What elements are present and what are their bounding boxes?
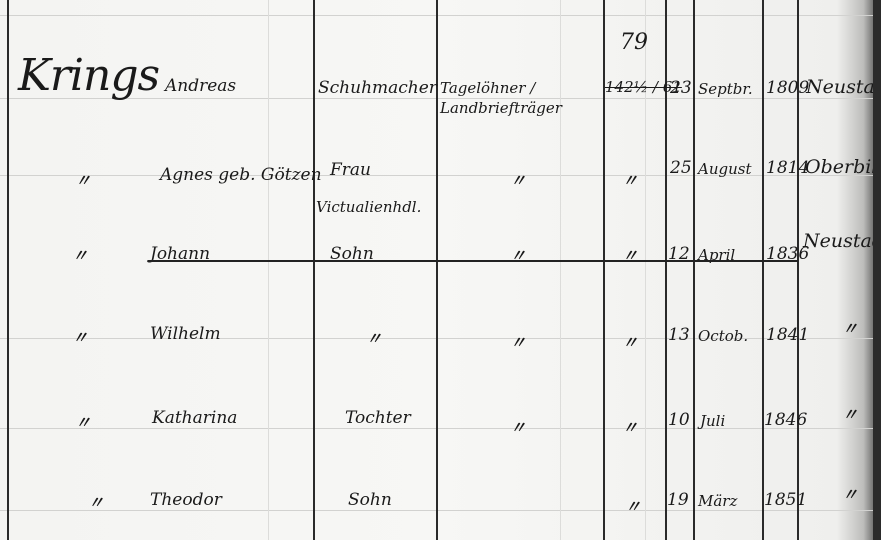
given-name: Theodor (150, 490, 222, 510)
birth-year: 1809 (766, 78, 809, 98)
ditto-mark: 〃 (842, 482, 858, 505)
ditto-mark: 〃 (510, 168, 526, 191)
birth-day: 10 (668, 410, 690, 430)
ditto-mark: 〃 (88, 490, 104, 513)
given-name: Katharina (152, 408, 237, 428)
strike-through-line (148, 260, 798, 262)
ruled-line (0, 510, 881, 511)
guide-line (268, 0, 269, 540)
ditto-mark: 〃 (72, 243, 88, 266)
birth-day: 23 (670, 78, 692, 98)
ruled-line (0, 338, 881, 339)
birth-year: 1851 (764, 490, 807, 510)
ditto-mark: 〃 (842, 316, 858, 339)
given-name: Agnes geb. Götzen (160, 165, 322, 185)
birth-day: 19 (667, 490, 689, 510)
birthplace: Neustadt (806, 76, 881, 98)
birth-month: März (698, 492, 737, 510)
ditto-mark: 〃 (510, 243, 526, 266)
ditto-mark: 〃 (72, 325, 88, 348)
occupation-note: Tagelöhner / Landbriefträger (440, 78, 605, 118)
house-number: 79 (620, 30, 648, 55)
relation-note: Victualienhdl. (316, 198, 421, 216)
ditto-mark: 〃 (366, 326, 382, 349)
ditto-mark: 〃 (75, 168, 91, 191)
column-rule (762, 0, 764, 540)
ditto-mark: 〃 (842, 402, 858, 425)
relation: Frau (330, 160, 371, 180)
given-name: Wilhelm (150, 324, 221, 344)
ruled-line (0, 15, 881, 16)
ditto-mark: 〃 (625, 494, 641, 517)
relation: Schuhmacher (318, 78, 437, 98)
ditto-mark: 〃 (622, 415, 638, 438)
birth-month: Septbr. (698, 80, 753, 98)
birth-day: 25 (670, 158, 692, 178)
ditto-mark: 〃 (622, 330, 638, 353)
birth-year: 1814 (766, 158, 809, 178)
register-page: Krings Andreas Schuhmacher Tagelöhner / … (0, 0, 881, 540)
ruled-line (0, 428, 881, 429)
family-surname: Krings (18, 50, 159, 101)
birth-year: 1841 (766, 325, 809, 345)
page-edge-shadow (873, 0, 881, 540)
column-rule (313, 0, 315, 540)
birth-month: Juli (700, 412, 725, 430)
birth-month: August (698, 160, 751, 178)
ditto-mark: 〃 (622, 168, 638, 191)
relation: Tochter (345, 408, 411, 428)
given-name: Andreas (165, 76, 236, 96)
birth-month: Octob. (698, 327, 748, 345)
column-rule (693, 0, 695, 540)
birth-year: 1846 (764, 410, 807, 430)
ditto-mark: 〃 (510, 415, 526, 438)
ditto-mark: 〃 (75, 410, 91, 433)
relation: Sohn (348, 490, 392, 510)
ditto-mark: 〃 (622, 243, 638, 266)
ditto-mark: 〃 (510, 330, 526, 353)
birthplace: Oberbill (805, 156, 881, 178)
birthplace: Neustadt (803, 230, 881, 252)
column-rule (7, 0, 9, 540)
birth-day: 13 (668, 325, 690, 345)
